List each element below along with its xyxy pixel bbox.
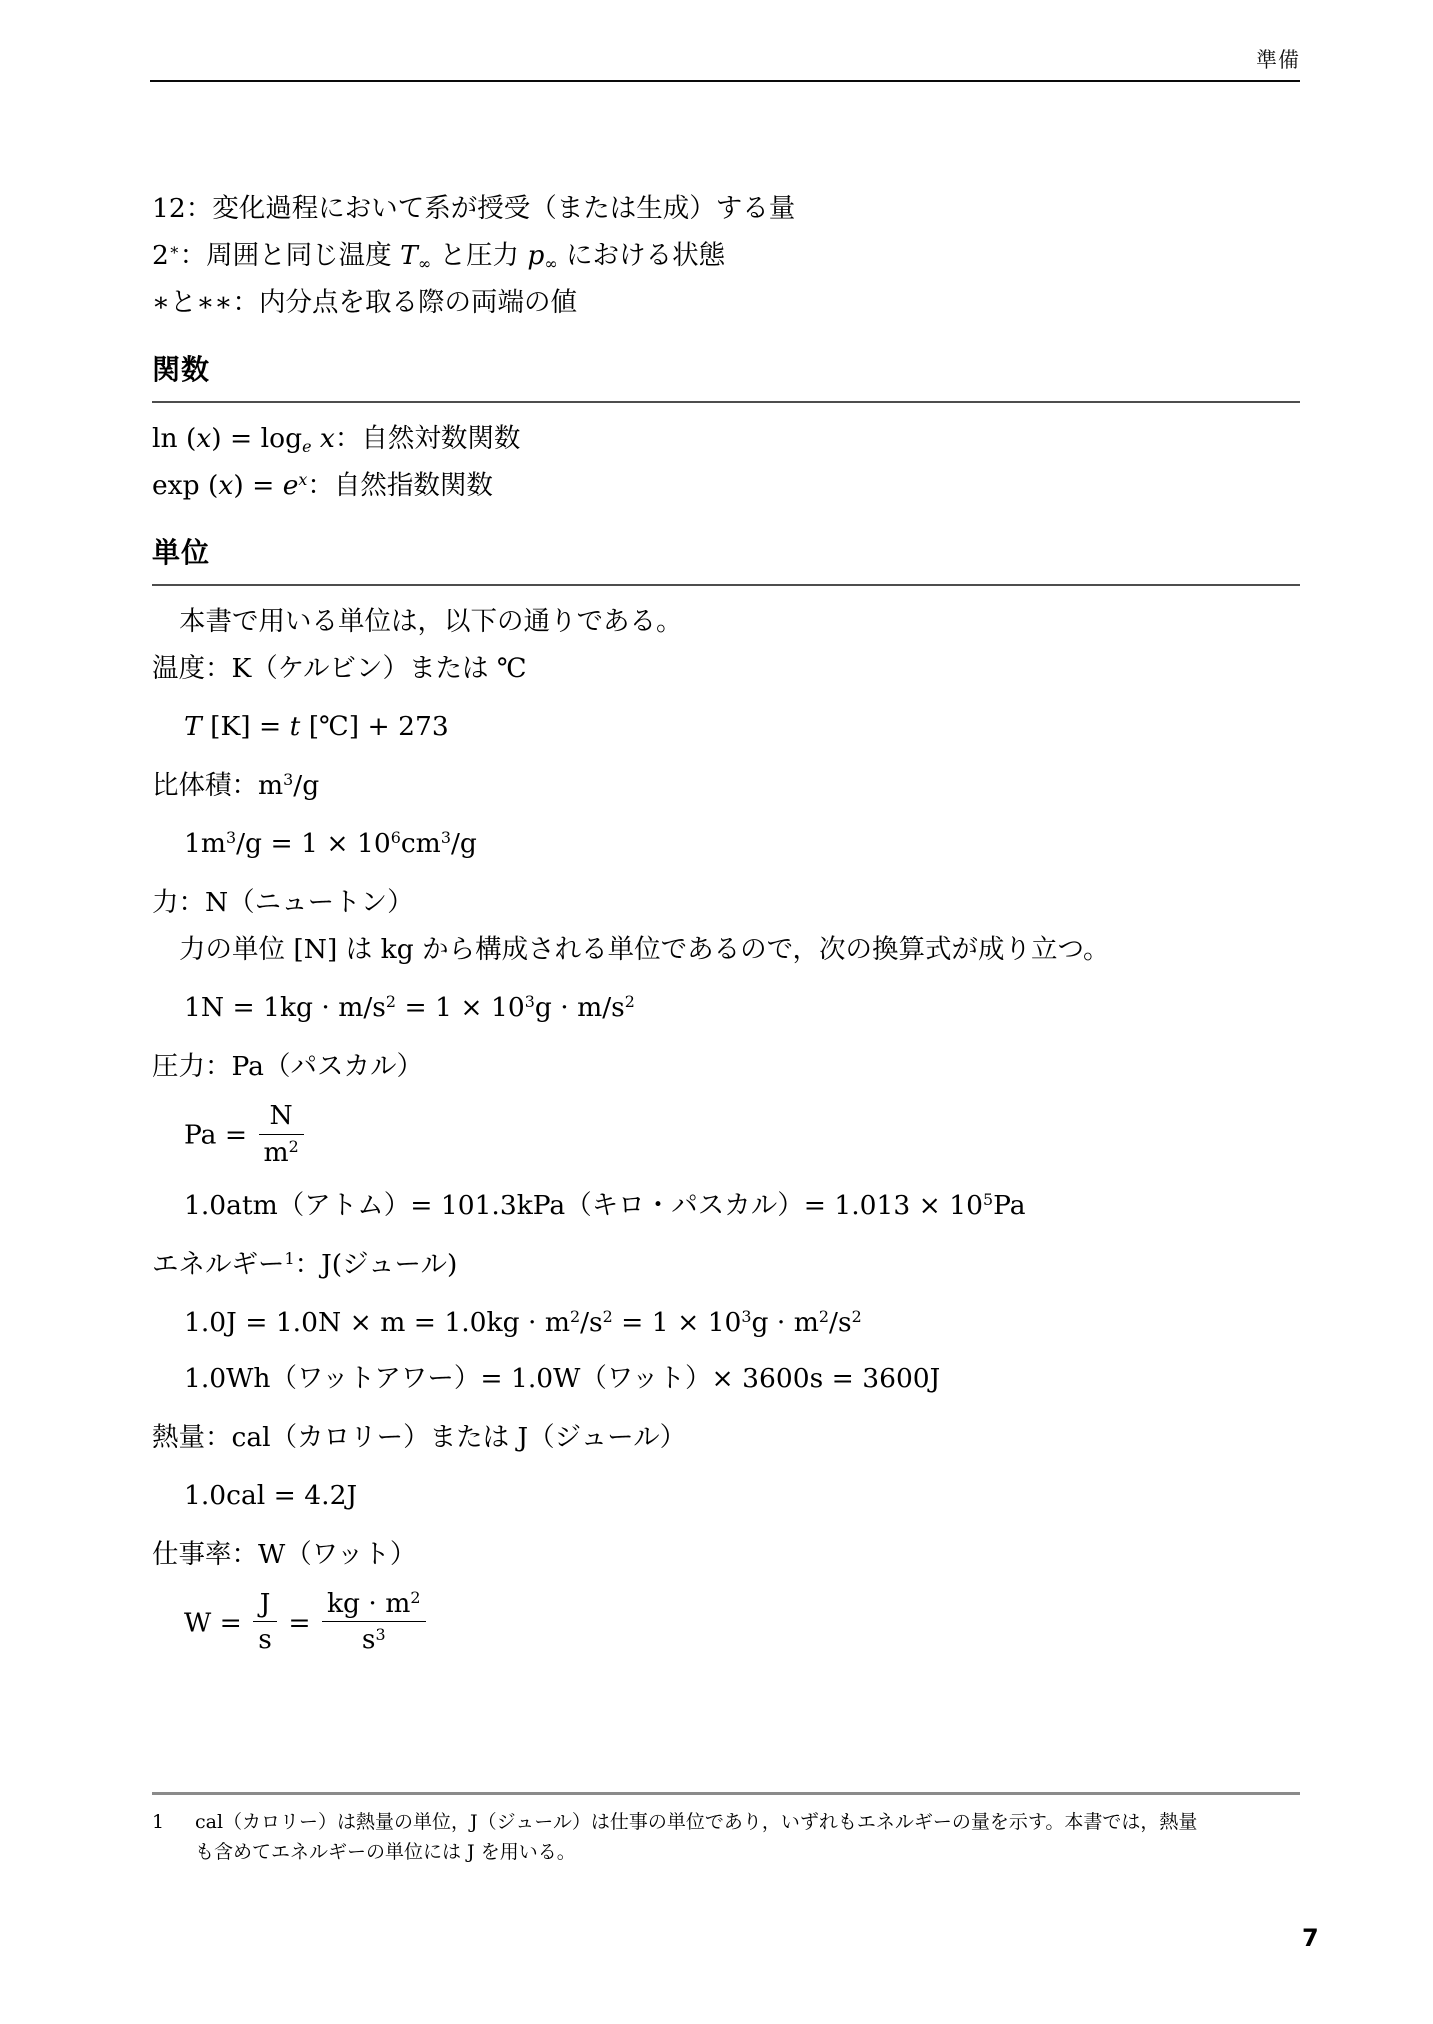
document-body: 12：変化過程において系が授受（または生成）する量2∗：周囲と同じ温度 T∞ と… [152,84,1300,1670]
section-heading: 単位 [152,531,1300,586]
text-line: 比体積：m3/g [152,762,1300,809]
fraction: Nm2 [259,1100,304,1169]
section-heading: 関数 [152,348,1300,403]
formula-line: Pa = Nm2 [152,1102,1300,1171]
fraction: Js [253,1588,277,1657]
text-line: 温度：K（ケルビン）または ℃ [152,645,1300,692]
page-header-rule: 準備 [150,44,1300,82]
formula-line: W = Js = kg · m2s3 [152,1590,1300,1659]
text-line: 2∗：周囲と同じ温度 T∞ と圧力 p∞ における状態 [152,232,1300,279]
text-line: 力の単位 [N] は kg から構成される単位であるので，次の換算式が成り立つ。 [152,926,1300,973]
page-number: 7 [1302,1924,1319,1952]
formula-line: 1N = 1kg · m/s2 = 1 × 103g · m/s2 [152,987,1300,1029]
text-line: 圧力：Pa（パスカル） [152,1043,1300,1090]
footnote-body: 1 cal（カロリー）は熱量の単位，J（ジュール）は仕事の単位であり，いずれもエ… [152,1807,1300,1867]
formula-line: 1.0cal = 4.2J [152,1475,1300,1517]
formula-line: 1.0atm（アトム）= 101.3kPa（キロ・パスカル）= 1.013 × … [152,1185,1300,1227]
footnote: 1 cal（カロリー）は熱量の単位，J（ジュール）は仕事の単位であり，いずれもエ… [152,1792,1300,1867]
text-line: exp (x) = ex：自然指数関数 [152,462,1300,509]
text-line: ln (x) = loge x：自然対数関数 [152,415,1300,462]
text-line: 仕事率：W（ワット） [152,1531,1300,1578]
footnote-marker: 1 [152,1807,195,1837]
section-heading-label: 関数 [152,353,210,386]
text-line: エネルギー1：J(ジュール) [152,1241,1300,1288]
text-line: 熱量：cal（カロリー）または J（ジュール） [152,1414,1300,1461]
formula-line: 1m3/g = 1 × 106cm3/g [152,823,1300,865]
footnote-rule [152,1792,1300,1795]
text-line: ∗と∗∗：内分点を取る際の両端の値 [152,279,1300,326]
fraction: kg · m2s3 [322,1588,426,1657]
running-head: 準備 [1256,44,1300,74]
formula-line: T [K] = t [℃] + 273 [152,706,1300,748]
formula-line: 1.0J = 1.0N × m = 1.0kg · m2/s2 = 1 × 10… [152,1302,1300,1344]
text-line: 12：変化過程において系が授受（または生成）する量 [152,185,1300,232]
section-heading-label: 単位 [152,536,210,569]
text-line: 力：N（ニュートン） [152,879,1300,926]
footnote-text: cal（カロリー）は熱量の単位，J（ジュール）は仕事の単位であり，いずれもエネル… [195,1807,1197,1867]
footnote-line: cal（カロリー）は熱量の単位，J（ジュール）は仕事の単位であり，いずれもエネル… [195,1807,1197,1837]
document-page: 準備 12：変化過程において系が授受（または生成）する量2∗：周囲と同じ温度 T… [0,0,1433,2024]
formula-line: 1.0Wh（ワットアワー）= 1.0W（ワット）× 3600s = 3600J [152,1358,1300,1400]
text-line: 本書で用いる単位は，以下の通りである。 [152,598,1300,645]
footnote-line: も含めてエネルギーの単位には J を用いる。 [195,1837,1197,1867]
